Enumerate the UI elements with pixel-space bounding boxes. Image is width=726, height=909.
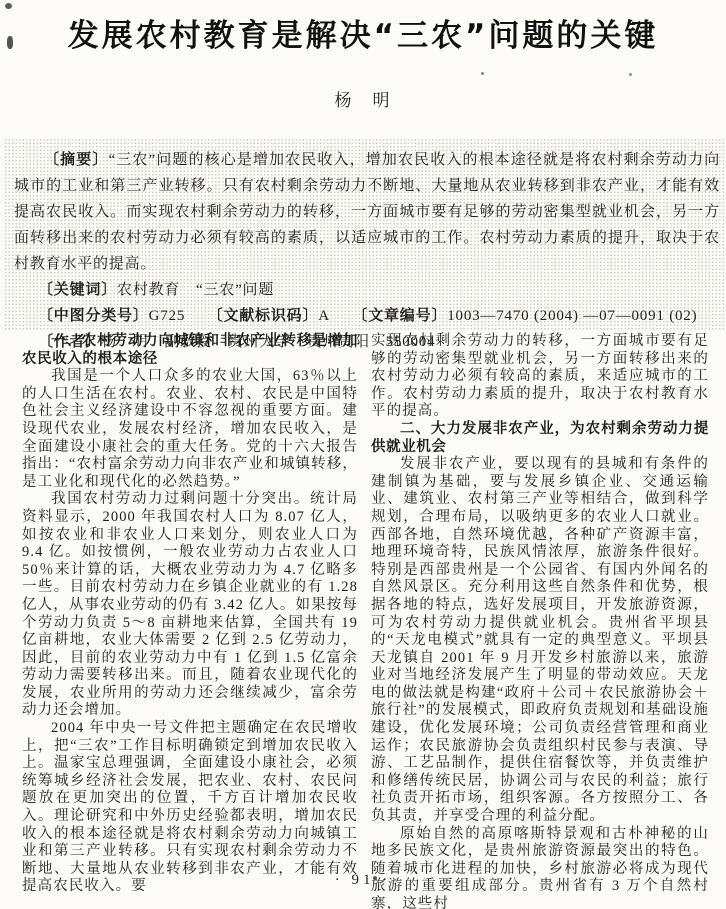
scan-speck <box>629 73 632 76</box>
paragraph: 我国是一个人口众多的农业大国，63％以上的人口生活在农村。农业、农村、农民是中国… <box>22 368 358 491</box>
abstract-paragraph: 〔摘要〕“三农”问题的核心是增加农民收入，增加农民收入的根本途径就是将农村剩余劳… <box>14 146 720 277</box>
paragraph: 原始自然的高原喀斯特景观和古朴神秘的山地多民族文化，是贵州旅游资源最突出的特色。… <box>371 826 709 909</box>
left-column: 一、农村劳动力向城镇和非农产业转移是增加农民收入的根本途径 我国是一个人口众多的… <box>22 333 358 896</box>
clc-label: 〔中图分类号〕 <box>38 306 149 324</box>
right-column: 实现农村剩余劳动力的转移，一方面城市要有足够的劳动密集型就业机会，另一方面转移出… <box>371 333 709 909</box>
keywords-value: 农村教育 “三农”问题 <box>117 282 274 298</box>
doc-code-label: 〔文献标识码〕 <box>208 306 319 324</box>
paragraph: 发展非农产业，要以现有的县城和有条件的建制镇为基础，要与发展乡镇企业、交通运输业… <box>371 456 709 825</box>
journal-page: 发展农村教育是解决“三农”问题的关键 杨 明 〔摘要〕“三农”问题的核心是增加农… <box>0 0 726 909</box>
section1-heading: 一、农村劳动力向城镇和非农产业转移是增加农民收入的根本途径 <box>22 333 358 368</box>
article-id-label: 〔文章编号〕 <box>352 306 447 324</box>
page-number: · 91 · <box>0 872 726 889</box>
article-author: 杨 明 <box>0 86 726 111</box>
paragraph: 2004 年中央一号文件把主题确定在农民增收上，把“三农”工作目标明确锁定到增加… <box>22 720 358 896</box>
abstract-text: “三农”问题的核心是增加农民收入，增加农民收入的根本途径就是将农村剩余劳动力向城… <box>14 152 720 272</box>
doc-code-value: A <box>318 308 330 324</box>
paragraph-continuation: 实现农村剩余劳动力的转移，一方面城市要有足够的劳动密集型就业机会，另一方面转移出… <box>371 333 709 421</box>
abstract-label: 〔摘要〕 <box>44 150 108 168</box>
clc-value: G725 <box>149 308 186 324</box>
article-id-value: 1003—7470 (2004) —07—0091 (02) <box>447 308 697 324</box>
abstract-block: 〔摘要〕“三农”问题的核心是增加农民收入，增加农民收入的根本途径就是将农村剩余劳… <box>4 138 726 330</box>
section2-heading: 二、大力发展非农产业，为农村剩余劳动力提供就业机会 <box>371 421 709 456</box>
scan-speck <box>481 72 484 75</box>
keywords-line: 〔关键词〕农村教育 “三农”问题 <box>14 277 720 303</box>
keywords-label: 〔关键词〕 <box>38 280 117 298</box>
classification-line: 〔中图分类号〕G725〔文献标识码〕A〔文章编号〕1003—7470 (2004… <box>14 303 720 329</box>
article-title: 发展农村教育是解决“三农”问题的关键 <box>0 10 726 55</box>
scan-speck <box>5 3 12 9</box>
paragraph: 我国农村劳动力过剩问题十分突出。统计局资料显示，2000 年我国农村人口为 8.… <box>22 491 358 720</box>
